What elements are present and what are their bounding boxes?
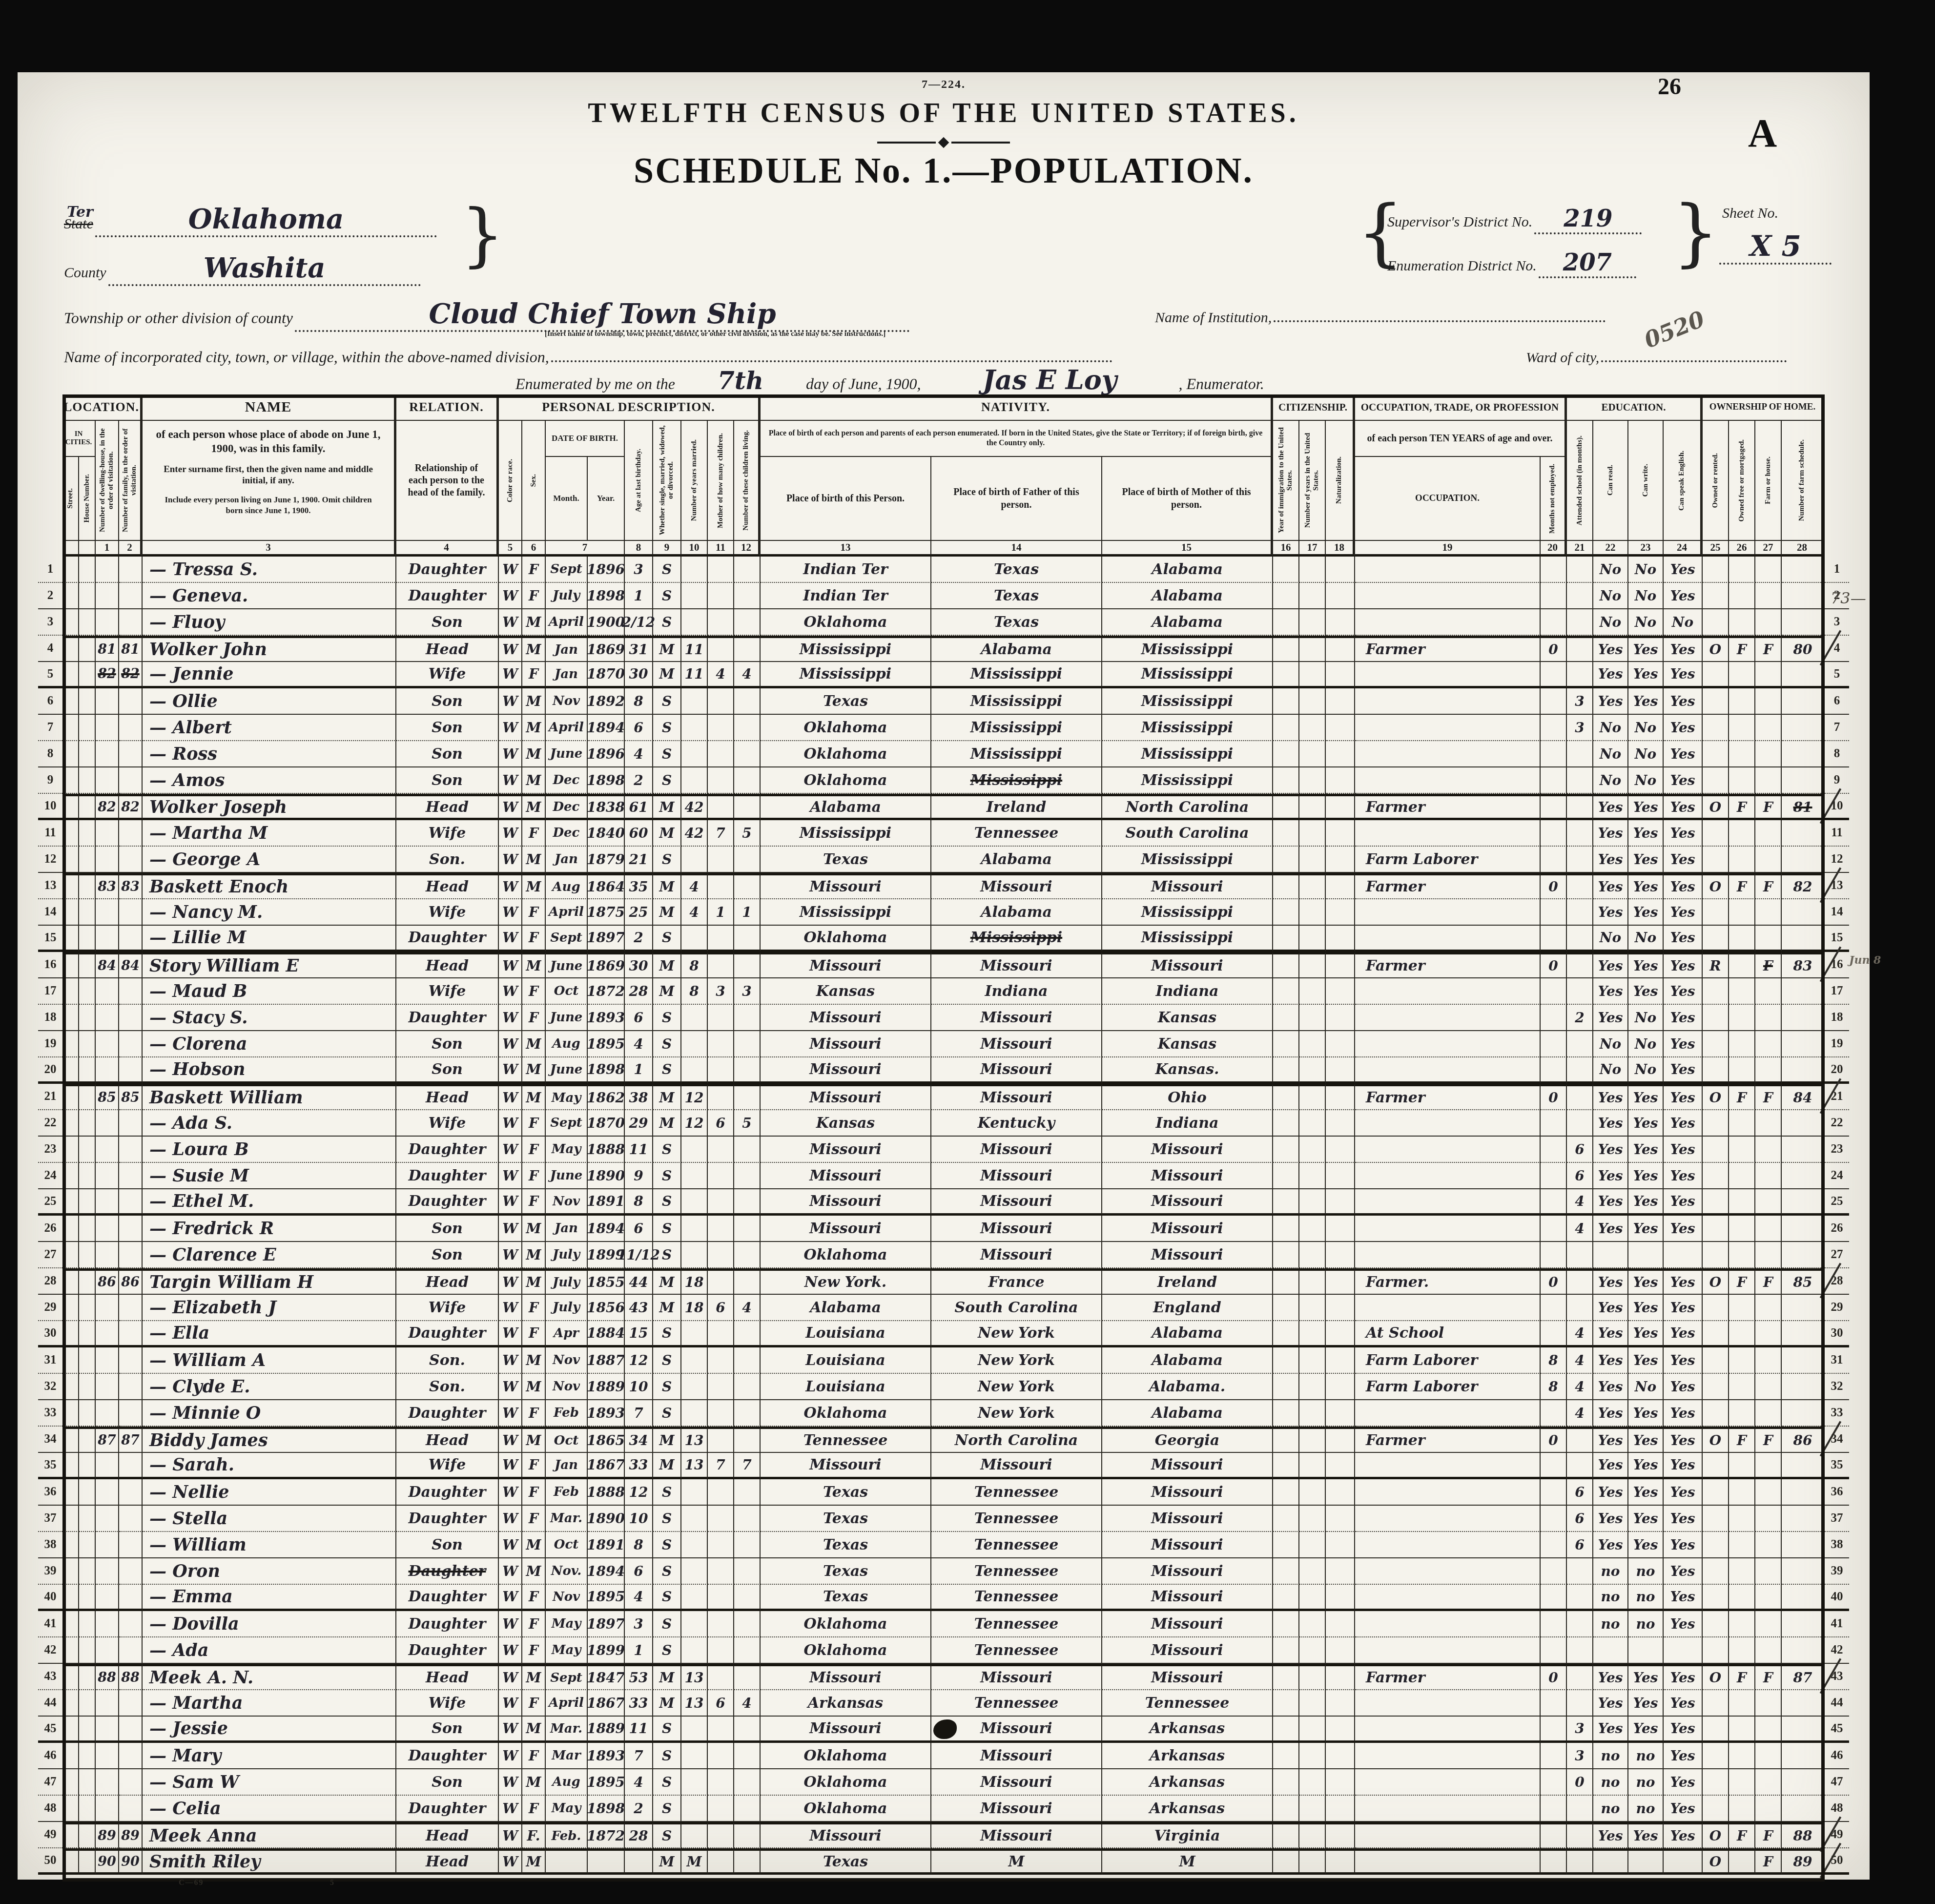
- cell-children-living: 3: [734, 978, 761, 1005]
- cell-school: [1567, 741, 1593, 767]
- cell-relation: Son: [396, 1717, 499, 1743]
- cell-can-speak-english: Yes: [1664, 1031, 1703, 1057]
- cell-age: 15: [625, 1321, 653, 1347]
- cell-years-us: [1299, 1110, 1326, 1137]
- cell-color: W: [499, 1321, 522, 1347]
- cell-age: 1: [625, 583, 653, 609]
- cell-can-read: Yes: [1593, 636, 1628, 662]
- cell-farm-house: F: [1755, 1084, 1782, 1110]
- cell-months-not-employed: [1541, 1690, 1567, 1717]
- cell-color: W: [499, 1163, 522, 1189]
- col-months-not-employed: Months not employed.: [1541, 457, 1567, 541]
- cell-months-not-employed: [1541, 794, 1567, 820]
- cell-school: 6: [1567, 1479, 1593, 1506]
- cell-school: [1567, 1796, 1593, 1822]
- cell-years-us: [1299, 583, 1326, 609]
- cell-sex: F: [522, 1743, 546, 1769]
- cell-naturalization: [1326, 741, 1355, 767]
- cell-birth-mother: Mississippi: [1102, 926, 1273, 952]
- cell-name: — Loura B: [143, 1137, 396, 1163]
- cell-house: [79, 1743, 96, 1769]
- cell-name: Wolker John: [143, 636, 396, 662]
- row-number-right: 24: [1825, 1163, 1849, 1189]
- cell-farm-house: [1755, 1717, 1782, 1743]
- cell-birth-mother: Missouri: [1102, 1611, 1273, 1637]
- cell-birth-person: Texas: [761, 1479, 931, 1506]
- cell-mother-of: [708, 609, 734, 636]
- colnum-14: 14: [931, 541, 1102, 557]
- cell-age: 10: [625, 1506, 653, 1532]
- cell-can-write: No: [1628, 583, 1664, 609]
- cell-naturalization: [1326, 1585, 1355, 1611]
- cell-age: 4: [625, 1031, 653, 1057]
- cell-free-mortgaged: [1729, 1611, 1755, 1637]
- sheet-label: Sheet No.: [1722, 205, 1778, 222]
- cell-school: [1567, 1585, 1593, 1611]
- cell-sex: M: [522, 847, 546, 873]
- cell-immigration: [1273, 1796, 1299, 1822]
- cell-owned-rented: [1703, 1163, 1729, 1189]
- cell-months-not-employed: [1541, 1189, 1567, 1216]
- cell-free-mortgaged: [1729, 926, 1755, 952]
- cell-month: July: [546, 583, 588, 609]
- cell-year: 1867: [588, 1690, 625, 1717]
- cell-can-speak-english: Yes: [1664, 1796, 1703, 1822]
- cell-years-married: 13: [681, 1690, 708, 1717]
- cell-birth-father: Missouri: [931, 1005, 1102, 1031]
- colnum-8: 8: [625, 541, 653, 557]
- cell-can-write: Yes: [1628, 1532, 1664, 1558]
- cell-name: Baskett Enoch: [143, 873, 396, 899]
- cell-family: [119, 926, 143, 952]
- col-color: Color or race.: [499, 421, 522, 541]
- row-number-right: 9: [1825, 767, 1849, 794]
- cell-farm-schedule: [1782, 557, 1825, 583]
- cell-immigration: [1273, 1057, 1299, 1084]
- cell-free-mortgaged: F: [1729, 1664, 1755, 1690]
- cell-months-not-employed: [1541, 1216, 1567, 1242]
- sheet-value-line: X 5: [1719, 229, 1832, 265]
- cell-year: 1864: [588, 873, 625, 899]
- cell-naturalization: [1326, 1848, 1355, 1875]
- cell-relation: Head: [396, 636, 499, 662]
- cell-can-read: No: [1593, 767, 1628, 794]
- cell-school: 3: [1567, 688, 1593, 715]
- cell-sex: F: [522, 1506, 546, 1532]
- cell-owned-rented: [1703, 767, 1729, 794]
- cell-farm-schedule: [1782, 609, 1825, 636]
- cell-family: 85: [119, 1084, 143, 1110]
- cell-name: — Martha M: [143, 820, 396, 847]
- cell-month: Nov: [546, 1347, 588, 1374]
- cell-dwelling: [96, 1057, 119, 1084]
- cell-occupation: [1355, 715, 1541, 741]
- row-number-right: 30: [1825, 1321, 1849, 1347]
- cell-month: Sept: [546, 557, 588, 583]
- cell-mother-of: [708, 1031, 734, 1057]
- cell-can-read: no: [1593, 1743, 1628, 1769]
- cell-sex: F: [522, 1163, 546, 1189]
- cell-owned-rented: [1703, 1690, 1729, 1717]
- cell-farm-schedule: [1782, 688, 1825, 715]
- cell-color: W: [499, 1690, 522, 1717]
- cell-can-write: Yes: [1628, 899, 1664, 926]
- cell-dwelling: [96, 1453, 119, 1479]
- cell-relation: Daughter: [396, 1137, 499, 1163]
- cell-farm-house: F: [1755, 873, 1782, 899]
- cell-farm-house: [1755, 1743, 1782, 1769]
- cell-can-write: No: [1628, 1374, 1664, 1400]
- cell-birth-father: M: [931, 1848, 1102, 1875]
- cell-birth-mother: Arkansas: [1102, 1769, 1273, 1796]
- cell-naturalization: [1326, 1242, 1355, 1268]
- cell-marital: S: [653, 1717, 681, 1743]
- cell-farm-schedule: [1782, 1506, 1825, 1532]
- cell-family: [119, 1163, 143, 1189]
- cell-can-write: Yes: [1628, 1822, 1664, 1848]
- cell-birth-father: Missouri: [931, 1453, 1102, 1479]
- cell-sex: F: [522, 662, 546, 688]
- cell-farm-schedule: [1782, 1347, 1825, 1374]
- row-number-right: 36: [1825, 1479, 1849, 1506]
- cell-can-speak-english: Yes: [1664, 741, 1703, 767]
- cell-farm-house: [1755, 609, 1782, 636]
- cell-owned-rented: [1703, 1295, 1729, 1321]
- cell-can-read: Yes: [1593, 1321, 1628, 1347]
- cell-month: Sept: [546, 1664, 588, 1690]
- cell-years-married: 12: [681, 1110, 708, 1137]
- cell-months-not-employed: [1541, 1400, 1567, 1427]
- cell-color: W: [499, 1268, 522, 1295]
- cell-can-speak-english: Yes: [1664, 1110, 1703, 1137]
- cell-can-speak-english: Yes: [1664, 1189, 1703, 1216]
- cell-family: 86: [119, 1268, 143, 1295]
- cell-free-mortgaged: [1729, 609, 1755, 636]
- cell-relation: Head: [396, 1848, 499, 1875]
- cell-farm-house: [1755, 662, 1782, 688]
- cell-house: [79, 557, 96, 583]
- cell-years-married: 18: [681, 1268, 708, 1295]
- cell-school: 3: [1567, 1717, 1593, 1743]
- row-number-left: 5: [38, 662, 62, 688]
- cell-occupation: [1355, 1031, 1541, 1057]
- cell-farm-schedule: [1782, 1637, 1825, 1664]
- cell-occupation: [1355, 1822, 1541, 1848]
- colnum-26: 26: [1729, 541, 1755, 557]
- cell-dwelling: [96, 1532, 119, 1558]
- cell-year: 1847: [588, 1664, 625, 1690]
- row-number-right: 38: [1825, 1532, 1849, 1558]
- cell-years-us: [1299, 847, 1326, 873]
- cell-year: 1895: [588, 1031, 625, 1057]
- cell-house: [79, 1637, 96, 1664]
- cell-mother-of: [708, 873, 734, 899]
- cell-marital: S: [653, 557, 681, 583]
- cell-name: — Fredrick R: [143, 1216, 396, 1242]
- cell-mother-of: [708, 1506, 734, 1532]
- cell-can-read: Yes: [1593, 847, 1628, 873]
- cell-can-read: No: [1593, 609, 1628, 636]
- cell-marital: M: [653, 1268, 681, 1295]
- cell-children-living: [734, 1585, 761, 1611]
- cell-can-write: Yes: [1628, 1189, 1664, 1216]
- cell-farm-schedule: 88: [1782, 1822, 1825, 1848]
- cell-mother-of: 6: [708, 1690, 734, 1717]
- cell-dwelling: [96, 1189, 119, 1216]
- cell-school: [1567, 952, 1593, 978]
- cell-dwelling: 82: [96, 662, 119, 688]
- cell-free-mortgaged: [1729, 847, 1755, 873]
- cell-occupation: [1355, 1110, 1541, 1137]
- cell-color: W: [499, 1558, 522, 1585]
- cell-birth-person: Oklahoma: [761, 1611, 931, 1637]
- cell-free-mortgaged: [1729, 1189, 1755, 1216]
- cell-relation: Son: [396, 609, 499, 636]
- cell-relation: Wife: [396, 1295, 499, 1321]
- cell-farm-house: [1755, 1374, 1782, 1400]
- cell-naturalization: [1326, 1558, 1355, 1585]
- row-number-left: 3: [38, 609, 62, 636]
- cell-farm-house: F: [1755, 952, 1782, 978]
- cell-birth-father: New York: [931, 1347, 1102, 1374]
- cell-street: [62, 767, 79, 794]
- cell-school: 3: [1567, 1743, 1593, 1769]
- cell-house: [79, 1084, 96, 1110]
- cell-house: [79, 978, 96, 1005]
- cell-can-write: no: [1628, 1769, 1664, 1796]
- cell-family: [119, 767, 143, 794]
- row-number-right: 15: [1825, 926, 1849, 952]
- cell-birth-mother: Alabama.: [1102, 1374, 1273, 1400]
- colnum-22: 22: [1593, 541, 1628, 557]
- census-table-wrap: LOCATION. NAME RELATION. PERSONAL DESCRI…: [18, 394, 1870, 1875]
- row-number-right: 31: [1825, 1347, 1849, 1374]
- cell-children-living: 4: [734, 1295, 761, 1321]
- cell-immigration: [1273, 1453, 1299, 1479]
- cell-birth-person: Arkansas: [761, 1690, 931, 1717]
- col-birth-person: Place of birth of this Person.: [761, 457, 931, 541]
- cell-birth-mother: South Carolina: [1102, 820, 1273, 847]
- cell-farm-schedule: [1782, 1110, 1825, 1137]
- cell-birth-person: Alabama: [761, 1295, 931, 1321]
- cell-can-read: No: [1593, 1031, 1628, 1057]
- cell-color: W: [499, 767, 522, 794]
- cell-sex: F: [522, 1321, 546, 1347]
- cell-name: — Ethel M.: [143, 1189, 396, 1216]
- cell-color: W: [499, 1848, 522, 1875]
- cell-family: 82: [119, 662, 143, 688]
- cell-street: [62, 1427, 79, 1453]
- cell-occupation: [1355, 1532, 1541, 1558]
- cell-year: 1872: [588, 1822, 625, 1848]
- cell-dwelling: [96, 1005, 119, 1031]
- cell-relation: Daughter: [396, 1558, 499, 1585]
- cell-year: 1897: [588, 1611, 625, 1637]
- cell-birth-father: Tennessee: [931, 1506, 1102, 1532]
- cell-years-married: [681, 1558, 708, 1585]
- cell-month: Dec: [546, 767, 588, 794]
- cell-can-read: Yes: [1593, 873, 1628, 899]
- cell-month: Nov: [546, 688, 588, 715]
- cell-years-us: [1299, 1163, 1326, 1189]
- cell-children-living: [734, 688, 761, 715]
- cell-naturalization: [1326, 1268, 1355, 1295]
- cell-name: — Mary: [143, 1743, 396, 1769]
- cell-sex: F: [522, 557, 546, 583]
- cell-color: W: [499, 1664, 522, 1690]
- cell-birth-father: Alabama: [931, 899, 1102, 926]
- cell-years-married: 13: [681, 1427, 708, 1453]
- cell-farm-schedule: [1782, 1453, 1825, 1479]
- cell-can-read: Yes: [1593, 1532, 1628, 1558]
- cell-marital: S: [653, 1532, 681, 1558]
- row-number-left: 15: [38, 926, 62, 952]
- cell-mother-of: [708, 767, 734, 794]
- cell-color: W: [499, 1057, 522, 1084]
- cell-house: [79, 1453, 96, 1479]
- corner-spacer-right: [1825, 394, 1849, 557]
- cell-years-us: [1299, 1295, 1326, 1321]
- cell-free-mortgaged: [1729, 952, 1755, 978]
- state-value: Oklahoma: [188, 203, 344, 235]
- cell-farm-house: [1755, 1637, 1782, 1664]
- cell-free-mortgaged: [1729, 715, 1755, 741]
- margin-note: Jun 8: [1849, 954, 1881, 967]
- cell-free-mortgaged: F: [1729, 873, 1755, 899]
- cell-children-living: [734, 1084, 761, 1110]
- cell-farm-schedule: [1782, 1558, 1825, 1585]
- cell-years-married: 11: [681, 636, 708, 662]
- cell-street: [62, 1506, 79, 1532]
- cell-owned-rented: [1703, 1400, 1729, 1427]
- cell-color: W: [499, 1031, 522, 1057]
- cell-owned-rented: [1703, 926, 1729, 952]
- cell-farm-schedule: [1782, 767, 1825, 794]
- cell-months-not-employed: [1541, 1321, 1567, 1347]
- cell-farm-house: F: [1755, 1427, 1782, 1453]
- cell-mother-of: [708, 1769, 734, 1796]
- cell-can-read: Yes: [1593, 662, 1628, 688]
- row-number-right: 26: [1825, 1216, 1849, 1242]
- cell-mother-of: 6: [708, 1295, 734, 1321]
- cell-farm-house: [1755, 1796, 1782, 1822]
- cell-occupation: [1355, 1295, 1541, 1321]
- cell-street: [62, 1163, 79, 1189]
- cell-occupation: Farm Laborer: [1355, 1347, 1541, 1374]
- cell-years-married: [681, 609, 708, 636]
- cell-can-read: no: [1593, 1769, 1628, 1796]
- cell-birth-mother: Missouri: [1102, 1189, 1273, 1216]
- cell-farm-schedule: [1782, 1717, 1825, 1743]
- cell-family: [119, 1321, 143, 1347]
- cell-can-write: no: [1628, 1585, 1664, 1611]
- cell-marital: S: [653, 1479, 681, 1506]
- sheet-value: X 5: [1750, 229, 1801, 263]
- cell-owned-rented: [1703, 1717, 1729, 1743]
- cell-birth-person: Oklahoma: [761, 715, 931, 741]
- cell-immigration: [1273, 1769, 1299, 1796]
- cell-farm-schedule: [1782, 1005, 1825, 1031]
- colnum-20: 20: [1541, 541, 1567, 557]
- cell-street: [62, 1611, 79, 1637]
- cell-children-living: [734, 1611, 761, 1637]
- cell-years-married: [681, 1347, 708, 1374]
- cell-year: 1884: [588, 1321, 625, 1347]
- cell-can-write: No: [1628, 609, 1664, 636]
- cell-naturalization: [1326, 715, 1355, 741]
- cell-mother-of: [708, 1374, 734, 1400]
- cell-can-write: Yes: [1628, 1453, 1664, 1479]
- cell-color: W: [499, 1374, 522, 1400]
- cell-marital: S: [653, 1189, 681, 1216]
- cell-marital: M: [653, 899, 681, 926]
- cell-street: [62, 1084, 79, 1110]
- cell-years-married: [681, 1163, 708, 1189]
- cell-occupation: At School: [1355, 1321, 1541, 1347]
- cell-age: 44: [625, 1268, 653, 1295]
- cell-dwelling: [96, 583, 119, 609]
- cell-birth-person: Oklahoma: [761, 1743, 931, 1769]
- cell-birth-father: Missouri: [931, 1796, 1102, 1822]
- cell-free-mortgaged: [1729, 767, 1755, 794]
- cell-can-speak-english: Yes: [1664, 899, 1703, 926]
- cell-can-read: Yes: [1593, 1295, 1628, 1321]
- cell-family: [119, 609, 143, 636]
- row-number-left: 38: [38, 1532, 62, 1558]
- cell-free-mortgaged: [1729, 1005, 1755, 1031]
- cell-years-us: [1299, 1242, 1326, 1268]
- cell-farm-schedule: 81: [1782, 794, 1825, 820]
- cell-dwelling: [96, 1585, 119, 1611]
- cell-children-living: [734, 926, 761, 952]
- cell-color: W: [499, 978, 522, 1005]
- cell-birth-mother: Ohio: [1102, 1084, 1273, 1110]
- cell-occupation: [1355, 583, 1541, 609]
- nativity-note: Place of birth of each person and parent…: [761, 421, 1273, 457]
- cell-sex: M: [522, 1848, 546, 1875]
- cell-months-not-employed: [1541, 1611, 1567, 1637]
- cell-birth-father: Mississippi: [931, 688, 1102, 715]
- cell-children-living: [734, 1242, 761, 1268]
- cell-can-speak-english: Yes: [1664, 1374, 1703, 1400]
- cell-name: — Ollie: [143, 688, 396, 715]
- supervisor-line: Supervisor's District No. 219: [1387, 205, 1642, 234]
- cell-year: 1894: [588, 1558, 625, 1585]
- cell-can-read: Yes: [1593, 952, 1628, 978]
- cell-can-speak-english: Yes: [1664, 557, 1703, 583]
- cell-can-write: No: [1628, 1057, 1664, 1084]
- row-number-left: 11: [38, 820, 62, 847]
- cell-name: — Sarah.: [143, 1453, 396, 1479]
- cell-house: [79, 1769, 96, 1796]
- cell-street: [62, 1743, 79, 1769]
- row-number-right: 45: [1825, 1717, 1849, 1743]
- cell-can-write: [1628, 1637, 1664, 1664]
- cell-family: [119, 1031, 143, 1057]
- cell-farm-house: [1755, 1189, 1782, 1216]
- page-header: 7—224. 26 A TWELFTH CENSUS OF THE UNITED…: [18, 72, 1870, 394]
- cell-farm-house: [1755, 1558, 1782, 1585]
- cell-month: May: [546, 1611, 588, 1637]
- cell-month: April: [546, 899, 588, 926]
- cell-year: 1898: [588, 767, 625, 794]
- cell-street: [62, 926, 79, 952]
- enumeration-label: Enumeration District No.: [1387, 258, 1537, 274]
- colnum-house: [79, 541, 96, 557]
- cell-farm-house: F: [1755, 636, 1782, 662]
- cell-family: [119, 1400, 143, 1427]
- cell-relation: Son.: [396, 847, 499, 873]
